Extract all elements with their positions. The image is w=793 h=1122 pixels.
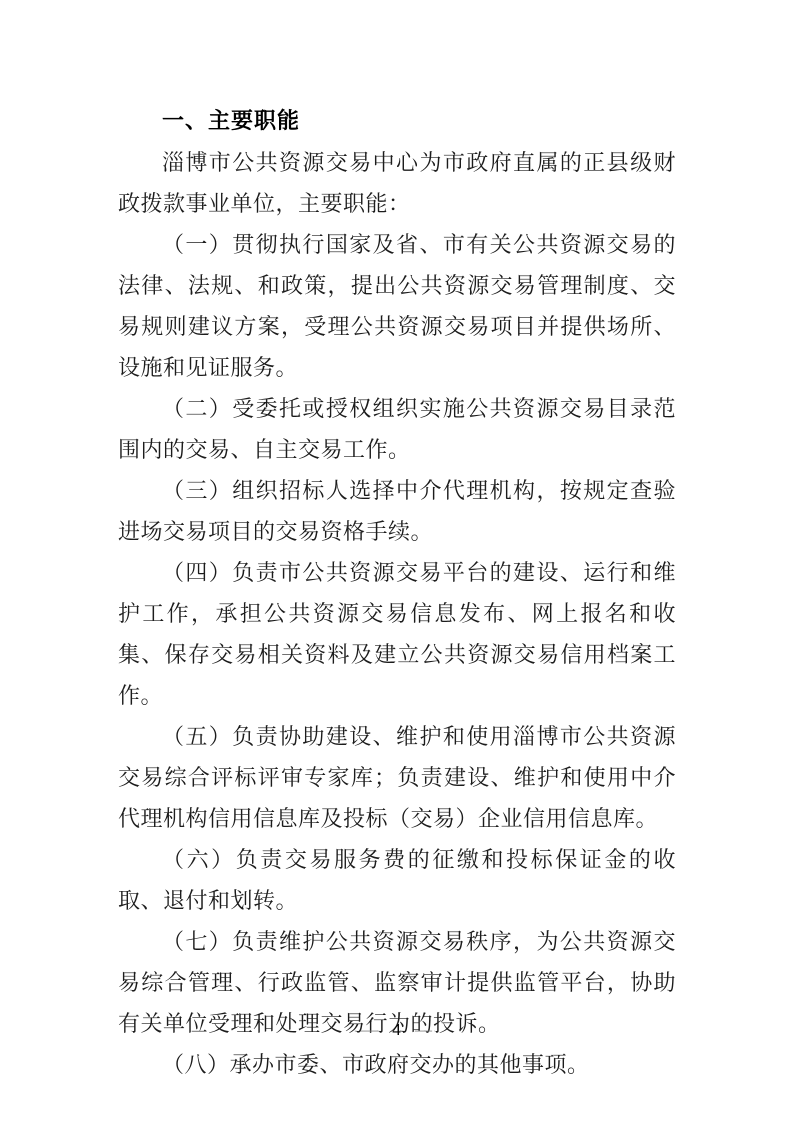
footer-dash-left: — <box>355 1020 384 1039</box>
page-number: 4 <box>388 1020 405 1039</box>
page-footer: — 4 — <box>0 1018 793 1042</box>
paragraph-item-8: （八）承办市委、市政府交办的其他事项。 <box>118 1044 676 1085</box>
paragraph-item-1: （一）贯彻执行国家及省、市有关公共资源交易的法律、法规、和政策，提出公共资源交易… <box>118 224 676 388</box>
paragraph-item-4: （四）负责市公共资源交易平台的建设、运行和维护工作，承担公共资源交易信息发布、网… <box>118 552 676 716</box>
document-body: 一、主要职能 淄博市公共资源交易中心为市政府直属的正县级财政拨款事业单位，主要职… <box>118 101 676 1085</box>
document-page: 一、主要职能 淄博市公共资源交易中心为市政府直属的正县级财政拨款事业单位，主要职… <box>0 0 793 1122</box>
paragraph-item-5: （五）负责协助建设、维护和使用淄博市公共资源交易综合评标评审专家库；负责建设、维… <box>118 716 676 839</box>
paragraph-item-3: （三）组织招标人选择中介代理机构，按规定查验进场交易项目的交易资格手续。 <box>118 470 676 552</box>
paragraph-item-6: （六）负责交易服务费的征缴和投标保证金的收取、退付和划转。 <box>118 839 676 921</box>
section-heading: 一、主要职能 <box>118 101 676 142</box>
footer-dash-right: — <box>409 1020 438 1039</box>
paragraph-intro: 淄博市公共资源交易中心为市政府直属的正县级财政拨款事业单位，主要职能： <box>118 142 676 224</box>
paragraph-item-2: （二）受委托或授权组织实施公共资源交易目录范围内的交易、自主交易工作。 <box>118 388 676 470</box>
